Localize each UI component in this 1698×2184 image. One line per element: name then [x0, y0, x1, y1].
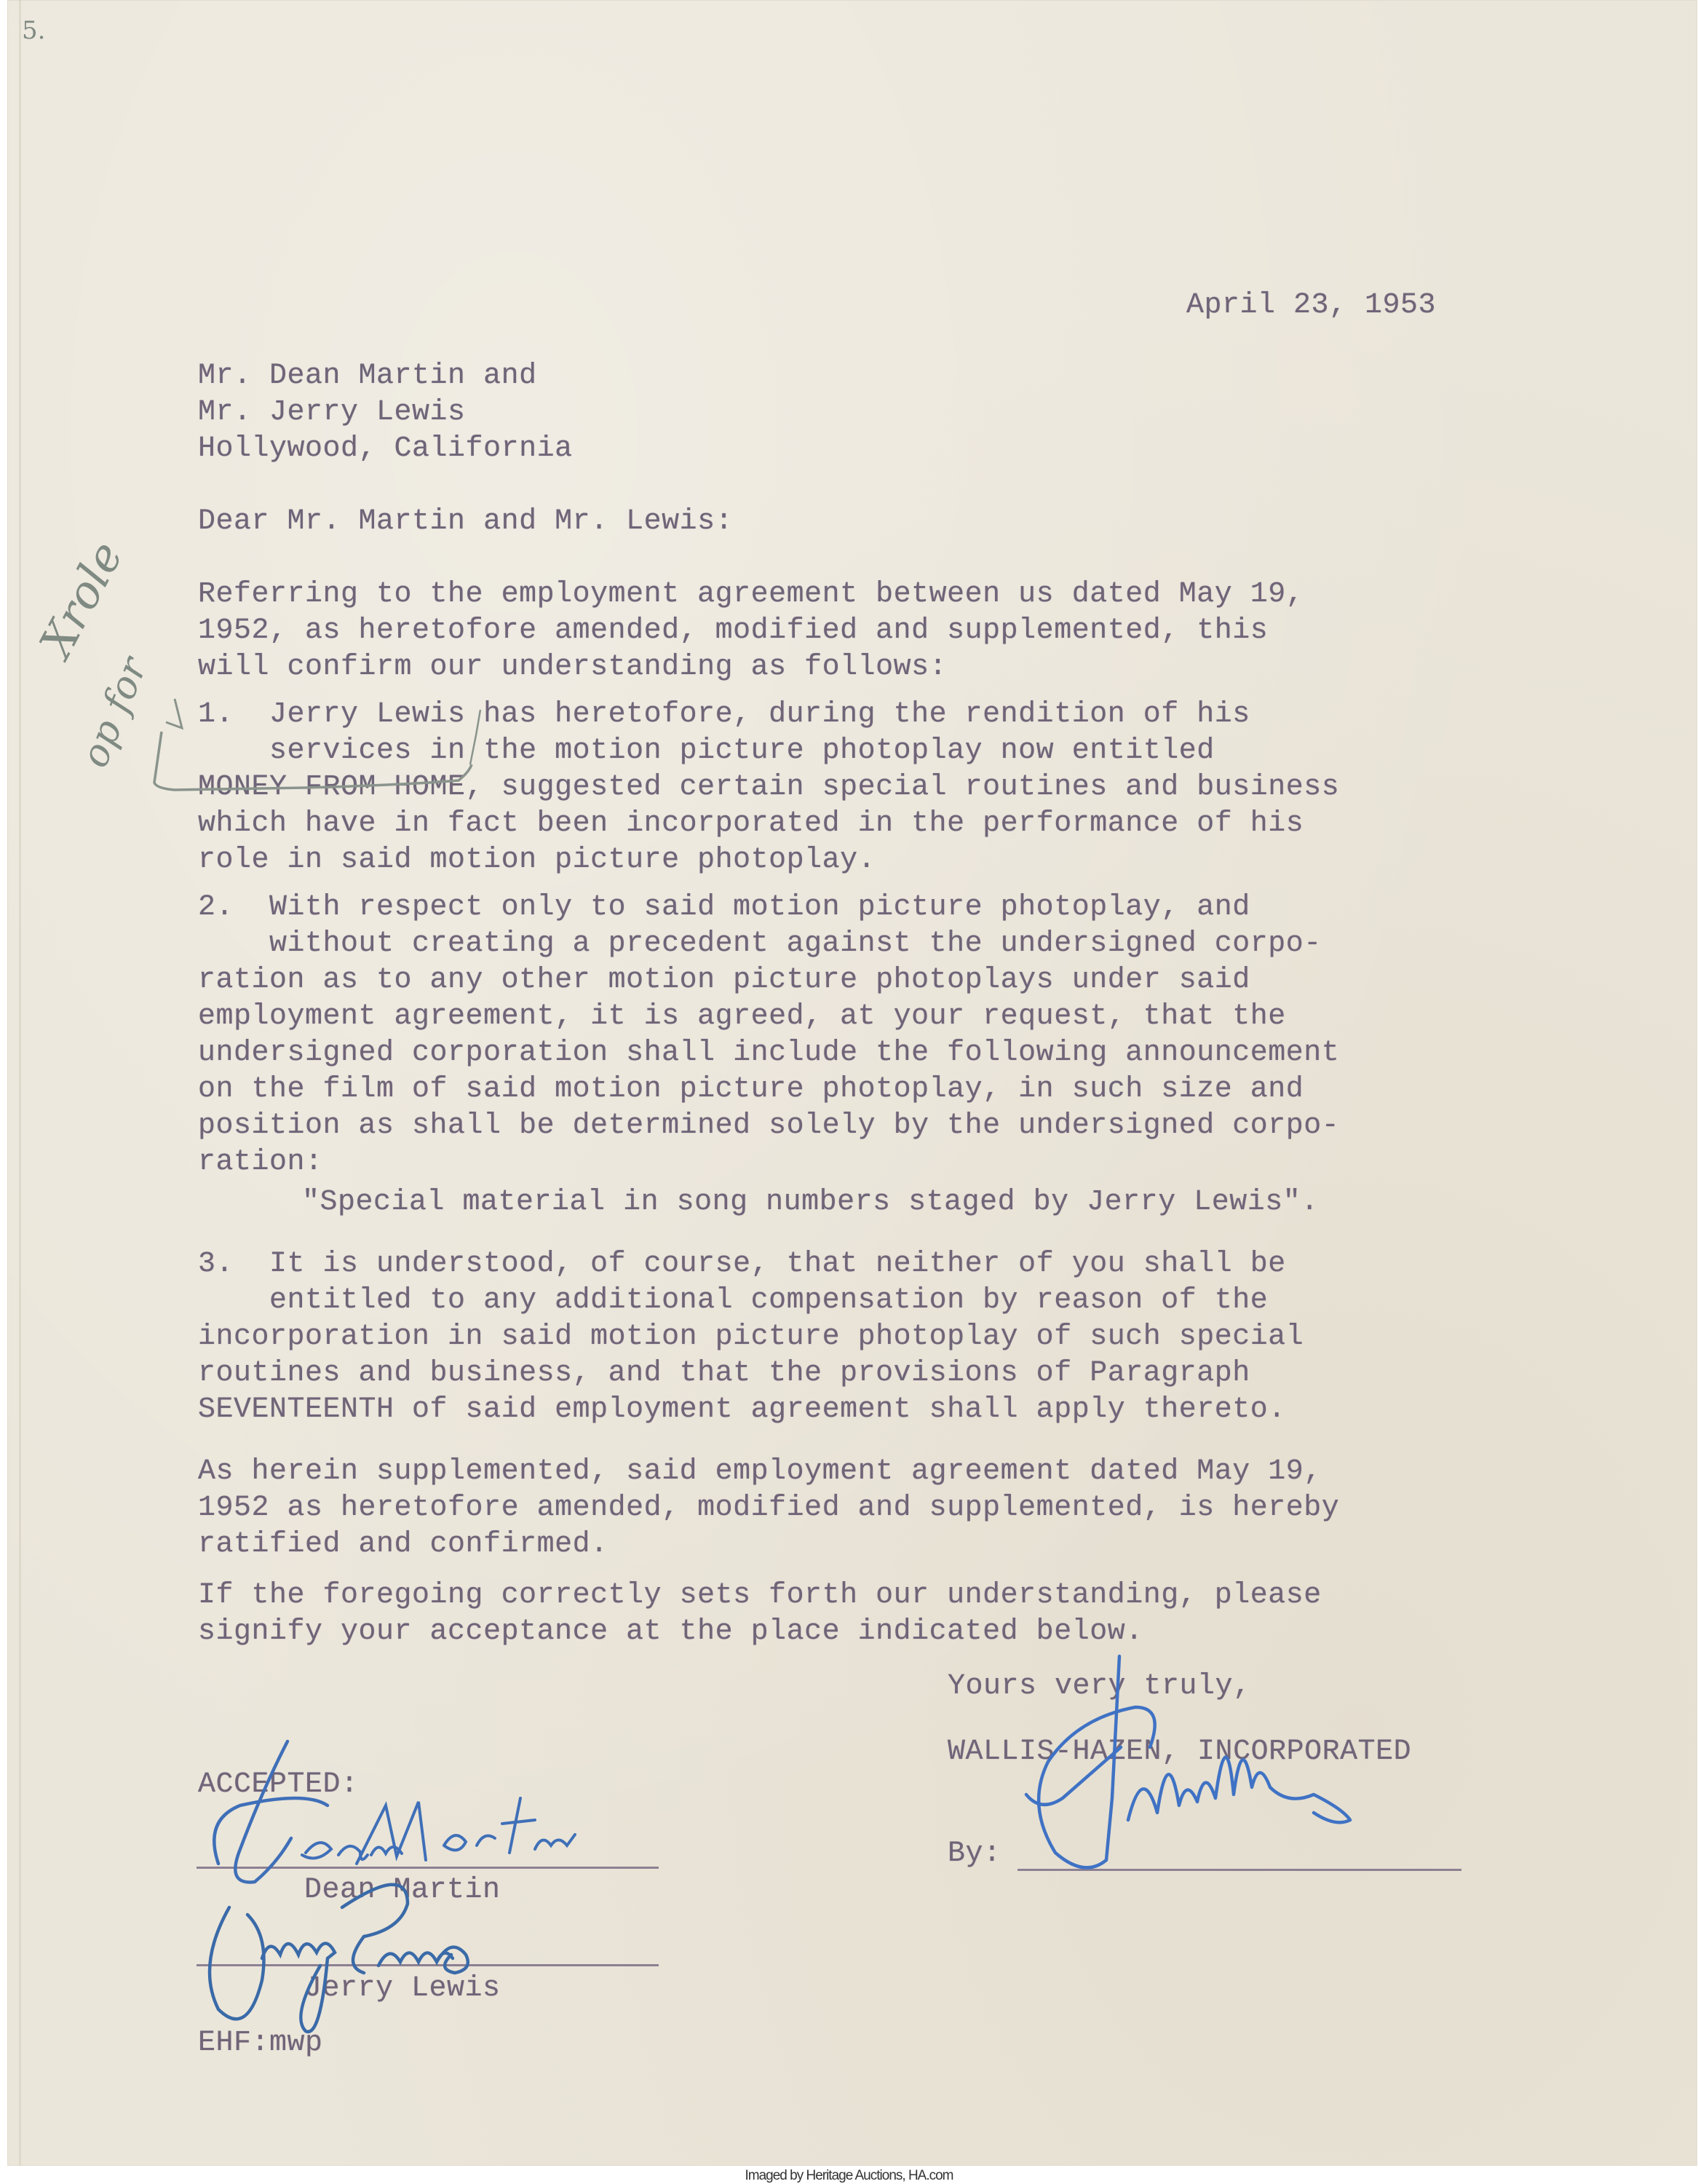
- image-credit-caption: Imaged by Heritage Auctions, HA.com: [0, 2168, 1698, 2184]
- signature-hal-wallis-icon: [0, 0, 1698, 2184]
